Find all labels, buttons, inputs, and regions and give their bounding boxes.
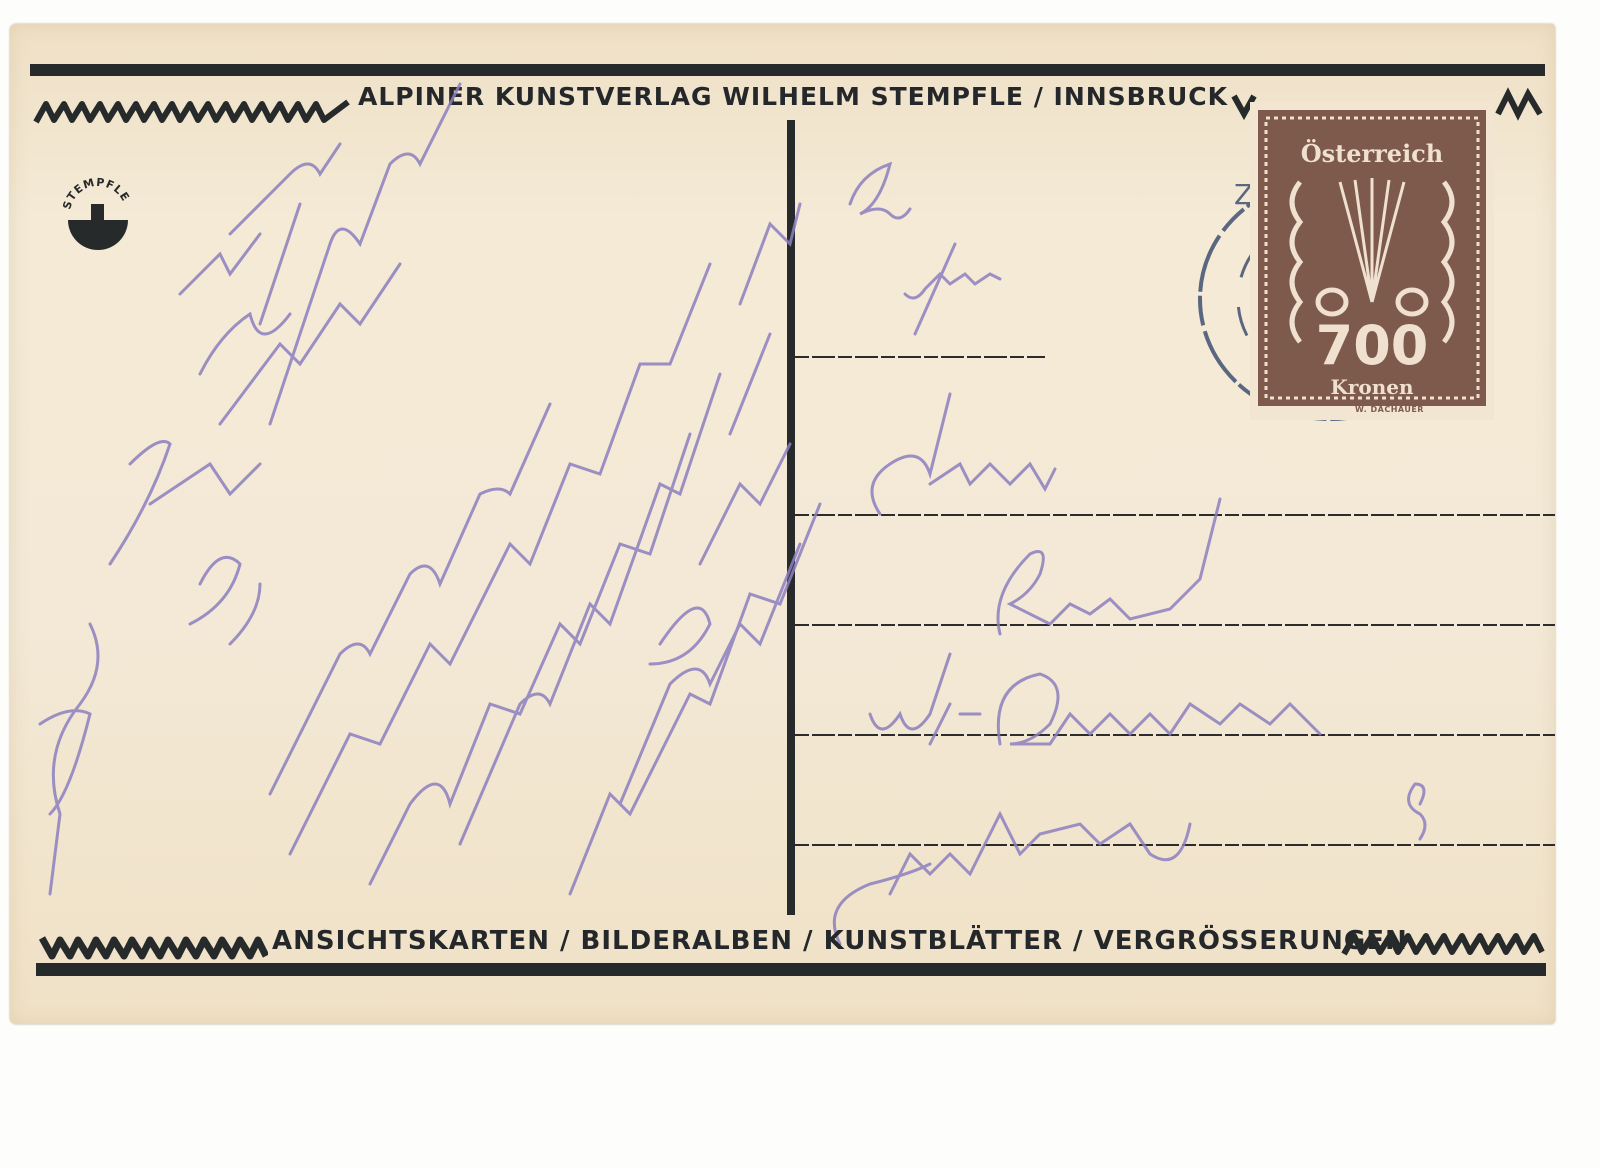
- stamp-currency: Kronen: [1330, 375, 1414, 399]
- address-line-1: [795, 356, 1045, 358]
- postcard: ALPINER KUNSTVERLAG WILHELM STEMPFLE / I…: [10, 24, 1555, 1024]
- zigzag-ornament-top-left: [32, 94, 352, 130]
- bottom-border-bar: [36, 963, 1546, 976]
- postage-stamp: Österreich 700 Kronen: [1250, 102, 1494, 420]
- publisher-imprint-top: ALPINER KUNSTVERLAG WILHELM STEMPFLE / I…: [358, 82, 1228, 111]
- logo-text: STEMPFLE: [10, 24, 11, 25]
- zigzag-ornament-bottom-right: [1340, 926, 1550, 960]
- address-block: An Frau Marie Reichert Erzh.-Dietrichstr…: [10, 24, 11, 25]
- address-line-5: [795, 844, 1555, 846]
- address-salutation: An: [10, 24, 11, 25]
- message-address-divider: [787, 120, 795, 915]
- stamp-country: Österreich: [1301, 139, 1444, 168]
- stamp-value: 700: [1316, 314, 1429, 377]
- address-line-4: [795, 734, 1555, 736]
- top-border-bar: [30, 64, 1545, 76]
- address-line-2: [795, 514, 1555, 516]
- address-line-3: [795, 624, 1555, 626]
- publisher-imprint-bottom: ANSICHTSKARTEN / BILDERALBEN / KUNSTBLÄT…: [272, 926, 1408, 956]
- stempfle-logo-icon: STEMPFLE: [60, 174, 136, 250]
- stamp-designer: W. DACHAUER: [1355, 405, 1424, 414]
- zigzag-ornament-bottom-left: [38, 928, 268, 962]
